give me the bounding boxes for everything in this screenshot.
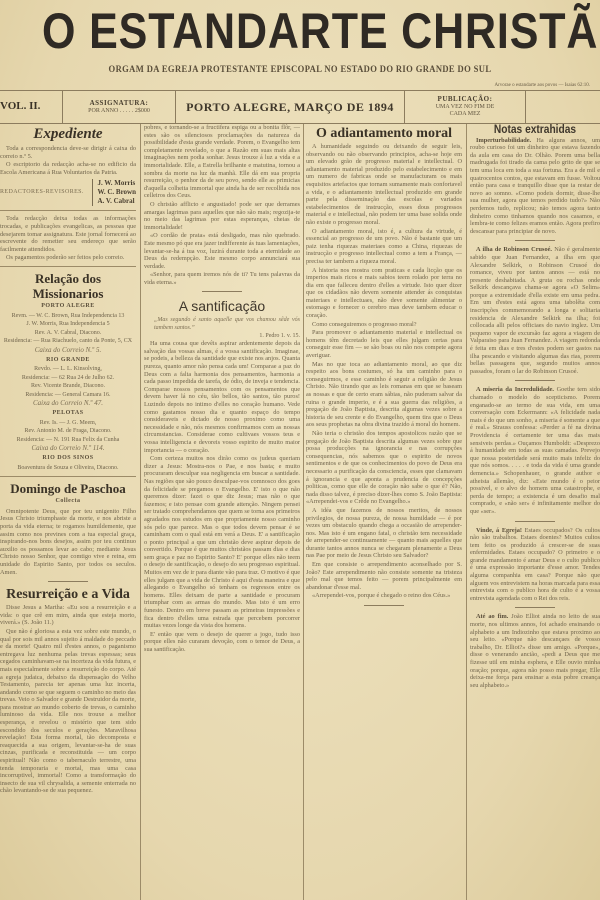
mission-entry: Rev. A. V. Cabral, Diacono.	[0, 330, 136, 338]
notas-heading: Notas extrahidas	[480, 126, 591, 134]
divider	[515, 380, 555, 381]
expediente-paragraph: O escriptorio da redacção acha-se no edi…	[0, 161, 136, 176]
article-paragraph: «O cordão de prata» está desligado, mas …	[144, 232, 300, 270]
article-paragraph: A humanidade seguindo ou deixando de seg…	[306, 143, 462, 227]
article-paragraph: A idéa que fazemos de nossos meritos, de…	[306, 507, 462, 560]
adiantamento-heading: O adiantamento moral	[306, 126, 462, 141]
mission-mailbox: Caixa do Correio N.º 114.	[0, 445, 136, 453]
resurreicao-heading: Resurreição e a Vida	[0, 587, 136, 602]
santificacao-epigraph: „Mas segundo é santo aquelle que vos cha…	[144, 317, 300, 332]
note-item: Imperturbabilidade. Ha alguns annos, um …	[470, 137, 600, 236]
paschoa-subheading: Collecta	[0, 498, 136, 506]
mission-mailbox: Caixa do Correio N.º 47.	[0, 400, 136, 408]
article-paragraph: pobres, e tornando-se a fructifera espig…	[144, 124, 300, 200]
article-paragraph: Com certeza muitos nos dirão como os jud…	[144, 455, 300, 630]
editors-list: J. W. Morris W. C. Brown A. V. Cabral	[92, 179, 136, 206]
mission-entry: Residencia: — N. 191 Rua Felix da Cunha	[0, 437, 136, 445]
note-lead: Vinde, á Egreja!	[476, 527, 525, 534]
notas-list: Imperturbabilidade. Ha alguns annos, um …	[470, 137, 600, 690]
mission-entry: Residencia: — Rua Riachuelo, canto da Po…	[0, 338, 136, 346]
mission-place: PORTO ALEGRE	[0, 303, 136, 311]
column-1: Expediente Toda a correspondencia deve-s…	[0, 124, 140, 900]
article-paragraph: Ha uma cousa que devêis aspirar ardentem…	[144, 340, 300, 454]
article-paragraph: «Senhor, para quem iremos nós de ti? Tu …	[144, 271, 300, 286]
divider	[0, 210, 136, 211]
column-2: pobres, e tornando-se a fructifera espig…	[144, 124, 300, 900]
column-3: O adiantamento moral A humanidade seguin…	[306, 124, 462, 900]
masthead-subtitle: ORGAM DA EGREJA PROTESTANTE EPISCOPAL NO…	[15, 64, 585, 74]
expediente-paragraph: Toda a correspondencia deve-se dirigir á…	[0, 145, 136, 160]
publication-box: PUBLICAÇÃO: UMA VEZ NO FIM DE CADA MEZ	[405, 91, 526, 123]
divider	[48, 581, 88, 582]
resurreicao-body: Que não é gloriosa a esta vez sobre este…	[0, 628, 136, 795]
article-paragraph: E' então que vem o desejo de querer a jo…	[144, 631, 300, 654]
editors-label: REDACTORES-REVISORES.	[0, 189, 92, 197]
mission-entry: Residencia: — 62 Rua 24 de Julho 62.	[0, 375, 136, 383]
newspaper-masthead: O ESTANDARTE CHRISTÃO	[42, 0, 558, 62]
column-4: Notas extrahidas Imperturbabilidade. Ha …	[470, 124, 600, 900]
article-paragraph: Não teria o christão dos tempos apostoli…	[306, 430, 462, 506]
mission-entry: Rev. Antonio M. de Fraga, Diacono.	[0, 428, 136, 436]
mission-entry: Rev. Vicente Brande, Diacono.	[0, 383, 136, 391]
article-paragraph: O adiantamento moral, isto é, a cultura …	[306, 228, 462, 266]
masthead-motto: Arvorae o estandarte aos povos — Isaias …	[494, 83, 590, 88]
article-paragraph: Mas no que toca ao adiantamento moral, a…	[306, 361, 462, 429]
article-paragraph: A historia nos mostra com praticas e cad…	[306, 267, 462, 320]
article-paragraph: O christão afflicto e angustiado! pode s…	[144, 201, 300, 231]
mission-mailbox: Caixa do Correio N.º 5.	[0, 347, 136, 355]
divider	[0, 266, 136, 267]
publication-value: UMA VEZ NO FIM DE CADA MEZ	[430, 104, 500, 119]
article-paragraph: «Arrependei-vos, porque é chegado o rein…	[306, 592, 462, 600]
note-lead: A ilha de Robinson Crusoé.	[476, 246, 554, 253]
note-item: Até ao fim. João Elliot ainda no leito d…	[470, 613, 600, 689]
note-lead: Imperturbabilidade.	[476, 137, 536, 144]
mission-entry: Revdo. — L. L. Kinsolving,	[0, 366, 136, 374]
editor-name: W. C. Brown	[97, 188, 136, 197]
column-rule	[303, 124, 304, 900]
note-lead: Até ao fim.	[476, 613, 511, 620]
santificacao-reference: 1. Pedro 1. v. 15.	[144, 333, 300, 341]
infobar-blank-cell	[526, 91, 600, 123]
paschoa-body: Omnipotente Deus, que por teu unigenito …	[0, 508, 136, 576]
missionarios-heading: Relação dos Missionarios	[0, 271, 136, 301]
article-paragraph: Como conseguiremos o progresso moral?	[306, 321, 462, 329]
mission-entry: J. W. Morris, Rua Independencia 5	[0, 321, 136, 329]
note-item: A miseria da Incredulidade. Goethe tem s…	[470, 386, 600, 515]
mission-place: RIO GRANDE	[0, 357, 136, 365]
mission-entry: Boaventura de Souza e Oliveira, Diacono.	[0, 465, 136, 473]
divider	[515, 521, 555, 522]
editor-name: A. V. Cabral	[97, 197, 136, 206]
divider	[364, 605, 404, 606]
mission-entry: Residencia: — General Camara 16.	[0, 392, 136, 400]
expediente-heading: Expediente	[0, 126, 136, 142]
subscription-label: ASSIGNATURA:	[90, 99, 149, 108]
divider	[0, 476, 136, 477]
subscription-box: ASSIGNATURA: POR ANNO . . . . . 2$000	[63, 91, 176, 123]
divider	[202, 291, 242, 292]
column-rule	[140, 124, 141, 900]
divider	[515, 607, 555, 608]
volume-number: VOL. II.	[0, 91, 63, 123]
note-lead: A miseria da Incredulidade.	[476, 386, 557, 393]
mission-place: PELOTAS	[0, 410, 136, 418]
note-item: Vinde, á Egreja! Estaes occupados? Os cu…	[470, 527, 600, 603]
missionarios-list: PORTO ALEGRERevm. — W. C. Brown, Rua Ind…	[0, 303, 136, 472]
mission-entry: Revm. — W. C. Brown, Rua Independencia 1…	[0, 313, 136, 321]
publication-label: PUBLICAÇÃO:	[438, 95, 493, 104]
column-rule	[466, 124, 467, 900]
editor-name: J. W. Morris	[97, 179, 136, 188]
santificacao-heading: A santificação	[144, 298, 300, 314]
expediente-paragraph: Os pagamentos poderão ser feitos pelo co…	[0, 254, 136, 262]
divider	[515, 240, 555, 241]
resurreicao-intro: Disse Jesus a Martha: «Eu sou a resurrei…	[0, 604, 136, 627]
note-item: A ilha de Robinson Crusoé. Não é geralme…	[470, 246, 600, 375]
mission-place: RIO DOS SINOS	[0, 455, 136, 463]
info-bar: VOL. II. ASSIGNATURA: POR ANNO . . . . .…	[0, 90, 600, 124]
paschoa-heading: Domingo de Paschoa	[0, 481, 136, 496]
article-paragraph: Para promover o adiantamento material e …	[306, 329, 462, 359]
dateline: PORTO ALEGRE, MARÇO DE 1894	[176, 91, 405, 123]
article-paragraph: Em que consiste o arrependimento aconsel…	[306, 561, 462, 591]
expediente-paragraph: Toda redacção deixa todas as informações…	[0, 215, 136, 253]
editors-block: REDACTORES-REVISORES. J. W. Morris W. C.…	[0, 179, 136, 206]
adiantamento-body: A humanidade seguindo ou deixando de seg…	[306, 143, 462, 606]
mission-entry: Rev. Is. — J. G. Meem,	[0, 420, 136, 428]
subscription-value: POR ANNO . . . . . 2$000	[88, 108, 150, 116]
